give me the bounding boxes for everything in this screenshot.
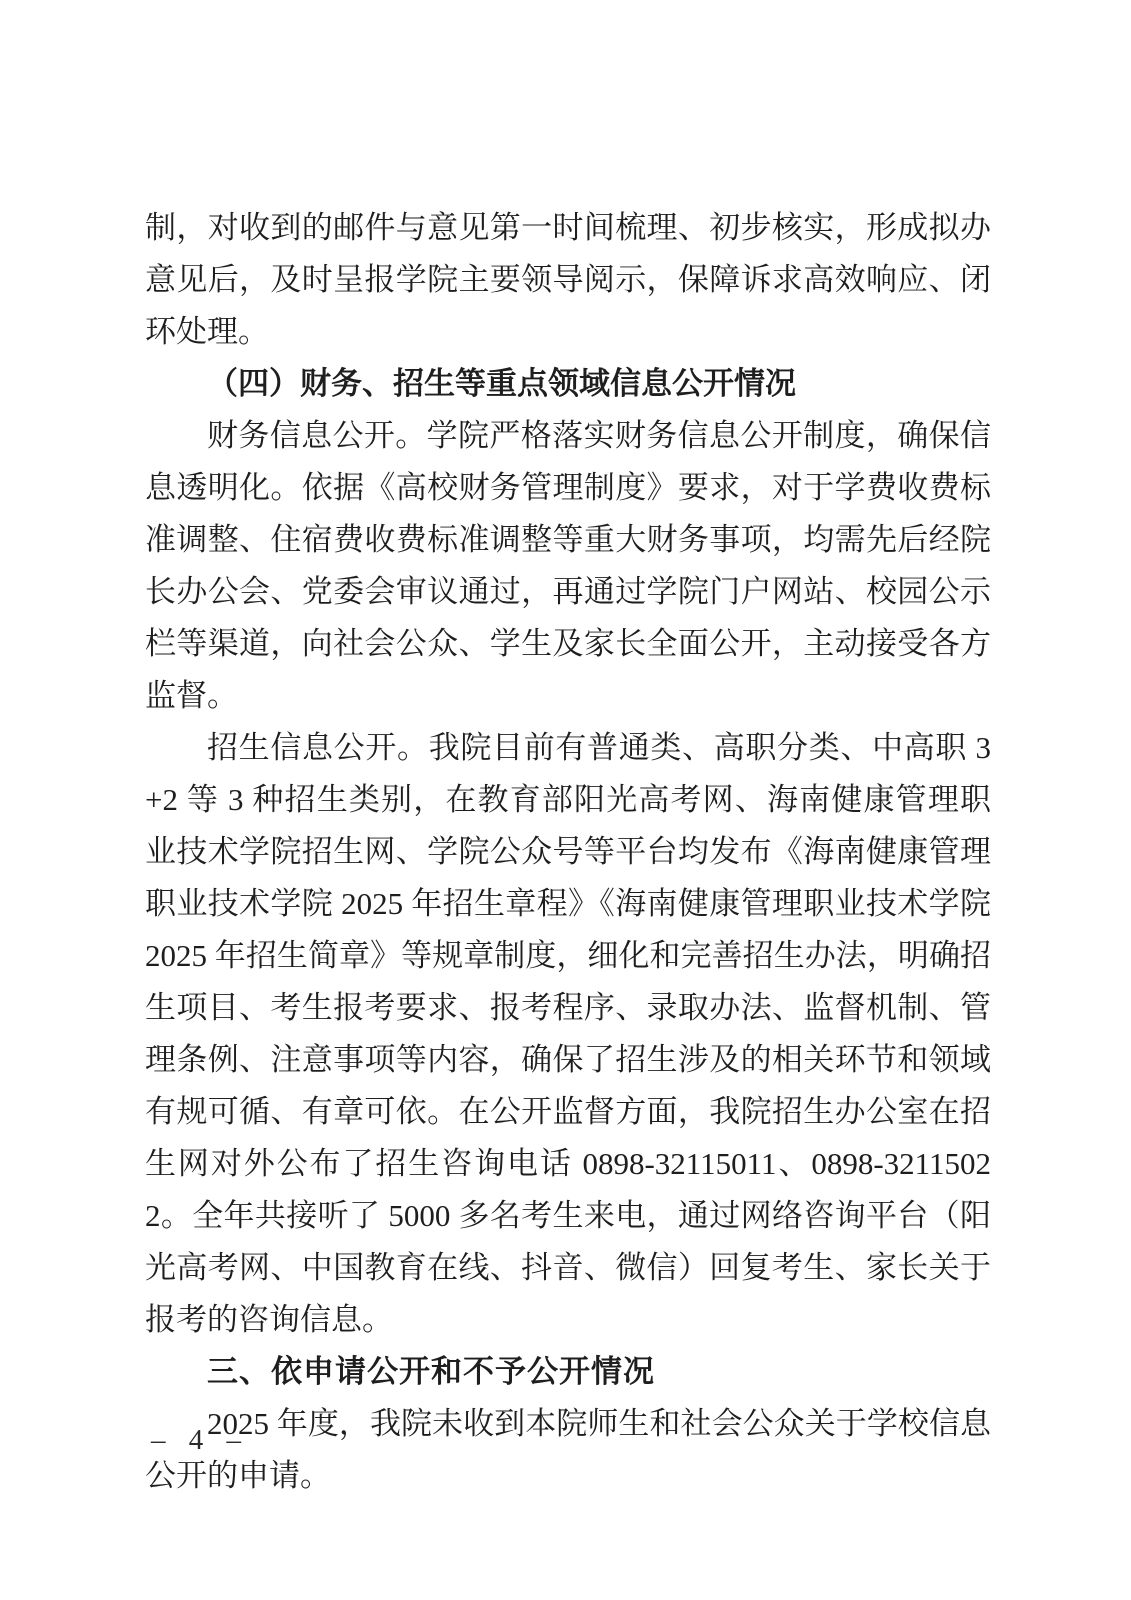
body-paragraph-application-status: 2025 年度，我院未收到本院师生和社会公众关于学校信息公开的申请。 xyxy=(145,1398,991,1502)
document-page: 制，对收到的邮件与意见第一时间梳理、初步核实，形成拟办意见后，及时呈报学院主要领… xyxy=(0,0,1131,1600)
section-heading-application-disclosure: 三、依申请公开和不予公开情况 xyxy=(145,1346,991,1398)
body-paragraph-continuation: 制，对收到的邮件与意见第一时间梳理、初步核实，形成拟办意见后，及时呈报学院主要领… xyxy=(145,202,991,358)
page-number: – 4 – xyxy=(151,1424,249,1457)
section-heading-finance-admissions-disclosure: （四）财务、招生等重点领域信息公开情况 xyxy=(145,358,991,410)
document-body: 制，对收到的邮件与意见第一时间梳理、初步核实，形成拟办意见后，及时呈报学院主要领… xyxy=(145,202,991,1502)
body-paragraph-financial-disclosure: 财务信息公开。学院严格落实财务信息公开制度，确保信息透明化。依据《高校财务管理制… xyxy=(145,410,991,722)
body-paragraph-admissions-disclosure: 招生信息公开。我院目前有普通类、高职分类、中高职 3+2 等 3 种招生类别，在… xyxy=(145,722,991,1346)
